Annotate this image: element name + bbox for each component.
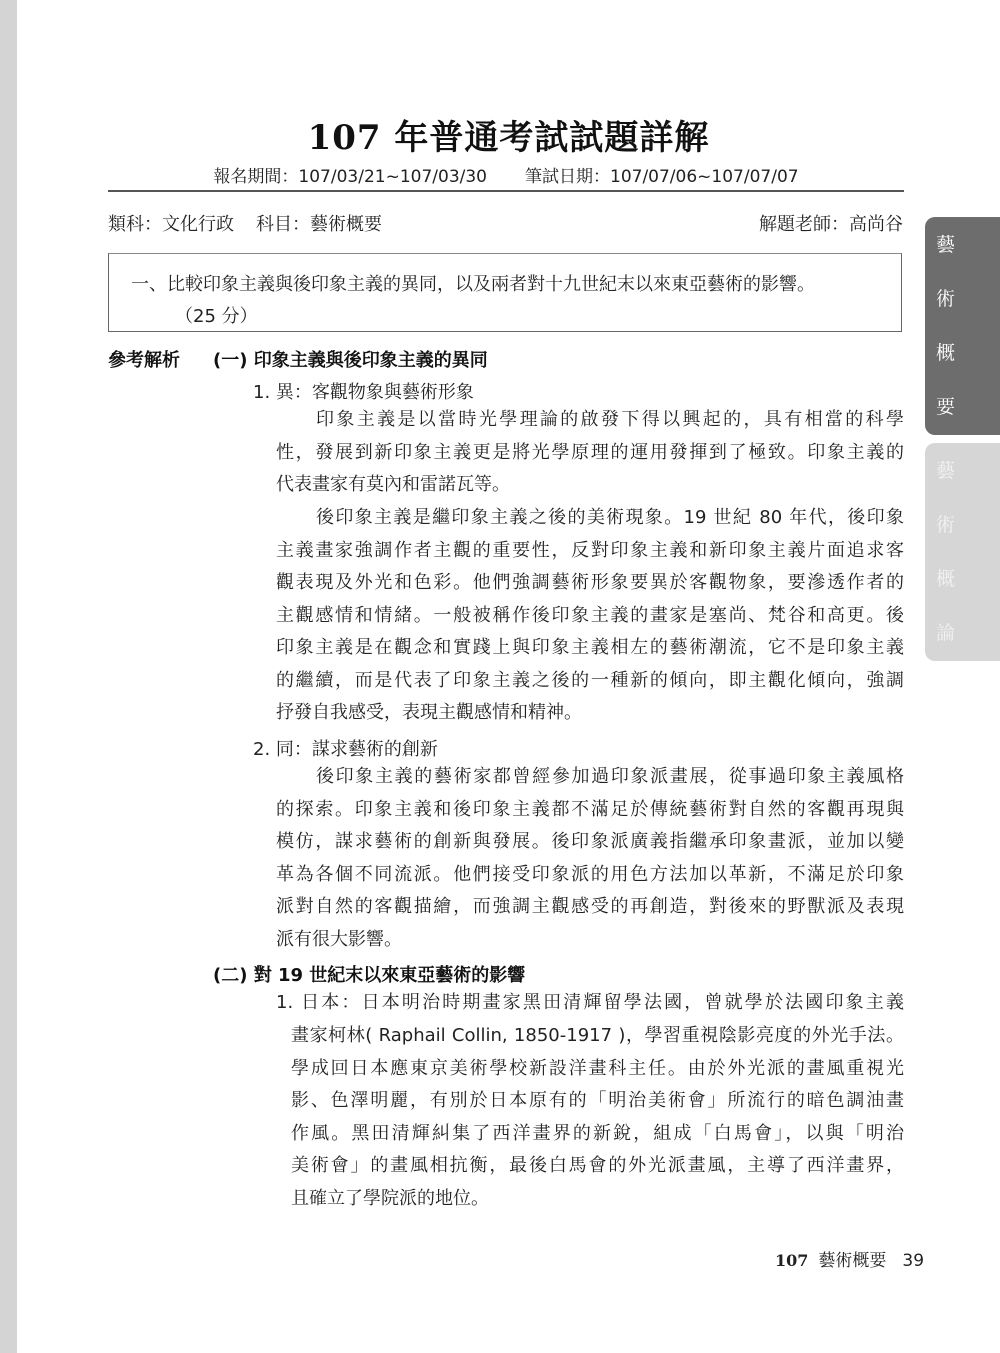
section-1-item-1-paragraph-2: 後印象主義是繼印象主義之後的美術現象。19 世紀 80 年代，後印象 主義畫家強… [276, 502, 904, 730]
section-2-item-1-paragraph: 畫家柯林( Raphail Collin, 1850-1917 )，學習重視陰影… [291, 1020, 904, 1215]
exam-meta: 類科：文化行政科目：藝術概要 [108, 210, 382, 236]
footer-subject: 藝術概要 [818, 1251, 886, 1271]
answer-label: 參考解析 [108, 346, 180, 372]
section-1-item-2-paragraph: 後印象主義的藝術家都曾經參加過印象派畫展，從事過印象主義風格 的探索。印象主義和… [276, 761, 904, 956]
header-divider [108, 190, 904, 192]
footer-year: 107 [775, 1251, 808, 1270]
section-1-heading: (一) 印象主義與後印象主義的異同 [213, 346, 488, 372]
page-binding-strip [0, 0, 17, 1353]
exam-dates-line: 報名期間：107/03/21~107/03/30筆試日期：107/07/06~1… [108, 162, 904, 187]
teacher: 解題老師：高尚谷 [759, 210, 903, 236]
page-title: 107 年普通考試試題詳解 [0, 110, 1000, 159]
category: 類科：文化行政 [108, 214, 234, 235]
section-1-item-1-heading: 1. 異：客觀物象與藝術形象 [253, 378, 474, 404]
side-tab-art-essentials[interactable]: 藝 術 概 要 [925, 217, 1000, 435]
exam-date-label: 筆試日期： [525, 167, 610, 187]
registration-value: 107/03/21~107/03/30 [298, 167, 487, 187]
side-tab-art-introduction[interactable]: 藝 術 概 論 [925, 443, 1000, 661]
exam-date-value: 107/07/06~107/07/07 [610, 167, 799, 187]
subject: 科目：藝術概要 [256, 214, 382, 235]
section-2-item-1-first-line: 1. 日本：日本明治時期畫家黑田清輝留學法國，曾就學於法國印象主義 [276, 987, 904, 1020]
question-text: 一、比較印象主義與後印象主義的異同，以及兩者對十九世紀末以來東亞藝術的影響。 [131, 270, 815, 296]
section-2-heading: (二) 對 19 世紀末以來東亞藝術的影響 [213, 961, 525, 987]
page-footer: 107藝術概要39 [775, 1246, 924, 1271]
section-1-item-2-heading: 2. 同：謀求藝術的創新 [253, 735, 438, 761]
question-box: 一、比較印象主義與後印象主義的異同，以及兩者對十九世紀末以來東亞藝術的影響。 （… [108, 253, 902, 332]
registration-label: 報名期間： [213, 167, 298, 187]
question-score: （25 分） [175, 302, 258, 328]
page-number: 39 [902, 1251, 924, 1271]
section-1-item-1-paragraph-1: 印象主義是以當時光學理論的啟發下得以興起的，具有相當的科學 性，發展到新印象主義… [276, 404, 904, 502]
